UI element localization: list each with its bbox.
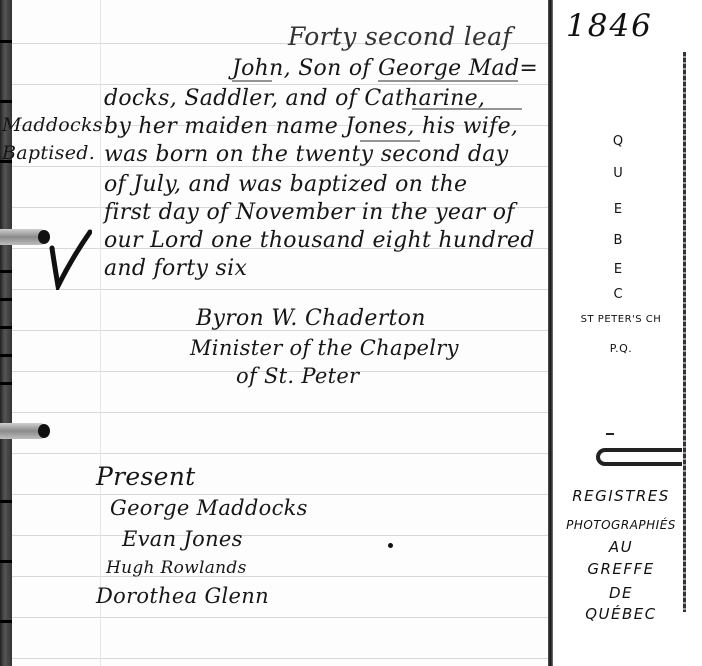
entry-line: and forty six xyxy=(104,256,247,281)
registry-stamp-line: QUÉBEC xyxy=(556,605,686,623)
paperclip-icon xyxy=(596,448,682,466)
binder-tick xyxy=(0,40,12,43)
underline-mark xyxy=(412,108,522,110)
binder-tick xyxy=(0,620,12,623)
registry-stamp-line: DE xyxy=(556,584,686,602)
binder-tick xyxy=(0,382,12,385)
province-letter: E xyxy=(608,202,628,217)
registry-stamp-line: PHOTOGRAPHIÉS xyxy=(556,518,686,532)
minister-chapelry: of St. Peter xyxy=(236,364,359,388)
underline-mark xyxy=(360,140,420,142)
entry-line: first day of November in the year of xyxy=(104,200,515,225)
binder-tick xyxy=(0,298,12,301)
minister-signature: Byron W. Chaderton xyxy=(196,306,426,331)
parish-label: ST PETER'S CH xyxy=(556,314,686,325)
entry-line: of July, and was baptized on the xyxy=(104,172,467,197)
checkmark-icon xyxy=(48,228,92,290)
witness-name: George Maddocks xyxy=(110,496,308,520)
entry-line: by her maiden name Jones, his wife, xyxy=(104,114,518,139)
witness-name: Dorothea Glenn xyxy=(96,584,269,608)
clip-mark xyxy=(606,433,614,435)
province-letter: Q xyxy=(608,134,628,149)
leaf-heading: Forty second leaf xyxy=(288,22,512,51)
present-label: Present xyxy=(96,462,195,491)
binder-tick xyxy=(0,354,12,357)
binder-tick xyxy=(0,100,12,103)
province-letter: U xyxy=(608,166,628,181)
binder-ring-icon xyxy=(0,229,48,245)
witness-name: Hugh Rowlands xyxy=(106,558,247,578)
entry-line: our Lord one thousand eight hundred xyxy=(104,228,535,253)
province-abbrev: P.Q. xyxy=(556,342,686,355)
witness-name: Evan Jones xyxy=(122,527,243,551)
binder-ring-icon xyxy=(0,423,48,439)
year-label: 1846 xyxy=(566,8,653,44)
margin-rule xyxy=(100,0,101,666)
binder-tick xyxy=(0,560,12,563)
registry-stamp-line: REGISTRES xyxy=(556,487,686,505)
binder-tick xyxy=(0,270,12,273)
binder-tick xyxy=(0,500,12,503)
province-letter: C xyxy=(608,287,628,302)
minister-title: Minister of the Chapelry xyxy=(190,336,459,360)
entry-line: John, Son of George Mad= xyxy=(232,56,538,81)
binder-spine xyxy=(0,0,12,666)
margin-surname: Maddocks xyxy=(2,114,103,136)
registry-stamp-line: GREFFE xyxy=(556,560,686,578)
registry-stamp-line: AU xyxy=(556,538,686,556)
binder-tick xyxy=(0,326,12,329)
province-letter: B xyxy=(608,233,628,248)
underline-mark xyxy=(232,80,272,82)
entry-line: was born on the twenty second day xyxy=(104,142,508,167)
underline-mark xyxy=(378,80,518,82)
margin-event: Baptised. xyxy=(2,142,95,164)
province-letter: E xyxy=(608,262,628,277)
ink-dot xyxy=(388,543,393,548)
